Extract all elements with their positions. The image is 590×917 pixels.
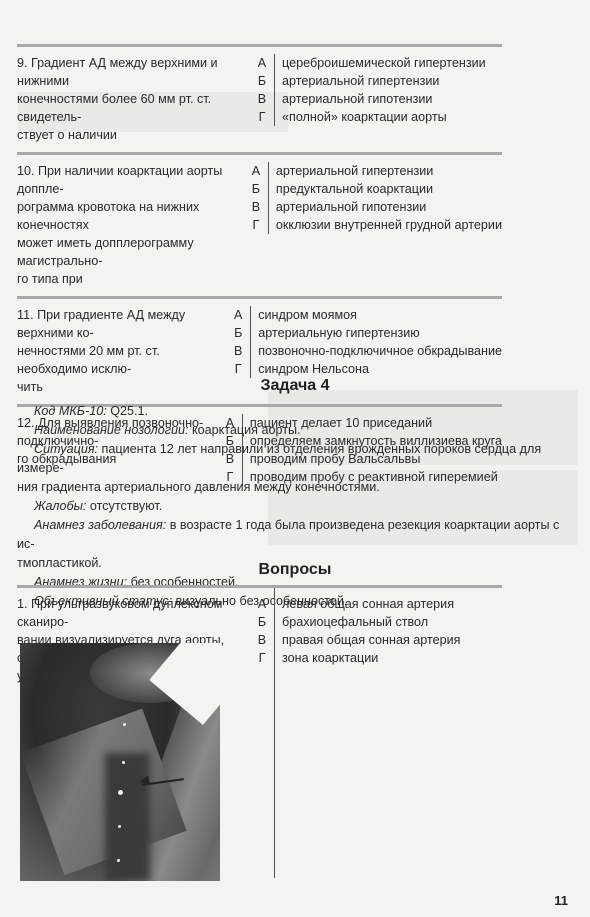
case-field-complaints: Жалобы: отсутствуют. xyxy=(17,497,579,516)
option-a[interactable]: Ацереброишемической гипертензии xyxy=(250,54,486,72)
option-g[interactable]: Гзона коарктации xyxy=(250,649,461,667)
focus-marker xyxy=(118,790,123,795)
option-g[interactable]: Гсиндром Нельсона xyxy=(226,360,502,378)
depth-marker xyxy=(117,859,120,862)
answer-options: Алевая общая сонная артерия Ббрахиоцефал… xyxy=(250,588,461,876)
option-a[interactable]: Асиндром моямоя xyxy=(226,306,502,324)
answer-options: Ацереброишемической гипертензии Бартериа… xyxy=(250,47,486,152)
question-text: 9. Градиент АД между верхними и нижними … xyxy=(17,47,250,152)
option-a[interactable]: Алевая общая сонная артерия xyxy=(250,595,461,613)
option-b[interactable]: Ббрахиоцефальный ствол xyxy=(250,613,461,631)
case-field-disease-history: Анамнез заболевания: в возрасте 1 года б… xyxy=(17,516,579,554)
option-b[interactable]: Бартериальную гипертензию xyxy=(226,324,502,342)
option-v[interactable]: Вартериальной гипотензии xyxy=(244,198,502,216)
column-divider xyxy=(274,588,275,878)
case-description: Код МКБ-10: Q25.1. Наименование нозологи… xyxy=(17,402,579,611)
question-text: 10. При наличии коарктации аорты допплe-… xyxy=(17,155,244,296)
option-v[interactable]: Впозвоночно-подключичное обкрадывание xyxy=(226,342,502,360)
questions-heading: Вопросы xyxy=(0,561,590,579)
ultrasound-image xyxy=(20,643,220,881)
depth-marker xyxy=(123,723,126,726)
question-9: 9. Градиент АД между верхними и нижними … xyxy=(17,44,502,152)
option-g[interactable]: Г«полной» коарктации аорты xyxy=(250,108,486,126)
option-v[interactable]: Вартериальной гипотензии xyxy=(250,90,486,108)
answer-options: Аартериальной гипертензии Бпредуктальной… xyxy=(244,155,502,296)
case-field-icd: Код МКБ-10: Q25.1. xyxy=(17,402,579,421)
option-b[interactable]: Бартериальной гипертензии xyxy=(250,72,486,90)
textbook-page: 9. Градиент АД между верхними и нижними … xyxy=(0,0,590,917)
depth-marker xyxy=(122,761,125,764)
depth-marker xyxy=(118,825,121,828)
option-b[interactable]: Бпредуктальной коарктации xyxy=(244,180,502,198)
page-number: 11 xyxy=(554,893,568,908)
option-v[interactable]: Вправая общая сонная артерия xyxy=(250,631,461,649)
case-field-nosology: Наименование нозологии: коарктация аорты… xyxy=(17,421,579,440)
task-heading: Задача 4 xyxy=(0,377,590,395)
option-g[interactable]: Гокклюзии внутренней грудной артерии xyxy=(244,216,502,234)
option-a[interactable]: Аартериальной гипертензии xyxy=(244,162,502,180)
question-10: 10. При наличии коарктации аорты допплe-… xyxy=(17,152,502,296)
arrowhead-icon xyxy=(139,775,149,786)
case-field-situation: Ситуация: пациента 12 лет направили из о… xyxy=(17,440,579,478)
